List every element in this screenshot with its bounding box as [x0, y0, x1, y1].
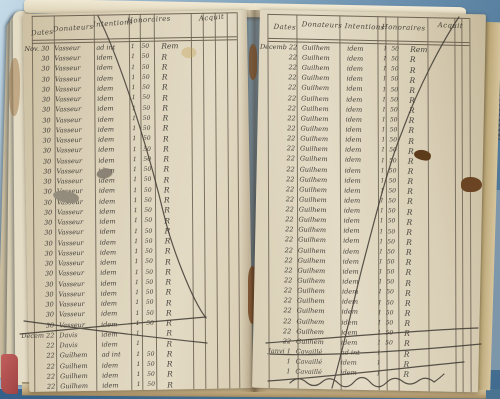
cell-acquit: R — [400, 117, 430, 125]
column-header-acquit: Acquit — [438, 21, 464, 30]
cell-donor — [293, 382, 336, 383]
cell-donor: Vasseur — [52, 45, 92, 52]
cell-fee-francs: 1 — [133, 372, 144, 378]
cell-donor: Vasseur — [55, 178, 95, 185]
cell-acquit: R — [397, 218, 427, 226]
cell-fee-francs: 1 — [380, 87, 388, 93]
cell-date: 30 — [34, 281, 56, 288]
cell-intention: idem — [338, 299, 376, 306]
cell-fee-cents: 50 — [141, 218, 155, 224]
cell-acquit: R — [157, 309, 194, 317]
cell-fee-cents: 50 — [138, 54, 152, 60]
cell-acquit: R — [401, 56, 431, 64]
cell-intention: idem — [95, 188, 130, 195]
cell-fee-francs: 1 — [133, 382, 144, 388]
cell-intention: idem — [339, 238, 377, 245]
cell-date: 22 — [267, 236, 296, 243]
cell-acquit: R — [396, 289, 426, 297]
cell-date: 30 — [32, 168, 54, 175]
cell-donor: Vasseur — [54, 116, 94, 123]
cell-acquit: R — [155, 217, 192, 225]
cell-date: 22 — [269, 155, 298, 162]
cell-intention: idem — [342, 116, 380, 123]
cell-fee-cents: 50 — [388, 97, 400, 103]
cell-intention: idem — [97, 321, 132, 328]
cell-date: 22 — [269, 135, 298, 142]
cell-donor: Vasseur — [54, 127, 94, 134]
cell-date: 22 — [269, 125, 298, 132]
cell-fee-francs: 1 — [130, 177, 141, 183]
cell-intention: idem — [341, 126, 379, 133]
cell-donor: Vasseur — [57, 291, 97, 298]
cell-date: 1 — [265, 358, 294, 365]
cell-fee-francs: 1 — [131, 259, 142, 265]
cell-donor: Guilhem — [300, 44, 343, 51]
cell-intention: idem — [97, 290, 132, 297]
cell-fee-francs: 1 — [128, 65, 139, 71]
cell-fee-cents: 50 — [388, 77, 400, 83]
cell-acquit: R — [154, 155, 191, 163]
cell-donor: Vasseur — [54, 137, 94, 144]
cell-acquit: R — [156, 258, 193, 266]
cell-date: 22 — [266, 267, 295, 274]
cell-date: Nov. 30 — [30, 45, 52, 52]
cell-intention: idem — [94, 116, 129, 123]
cell-donor: Guilhem — [297, 186, 340, 193]
cell-fee-cents: 50 — [388, 117, 400, 123]
cell-fee-francs: 1 — [130, 229, 141, 235]
cell-fee-cents: 50 — [138, 44, 152, 50]
cell-fee-cents: 50 — [384, 269, 396, 275]
cell-acquit: Rem — [401, 46, 431, 54]
ledger-page-right: Dates Donateurs Intentions Honoraires Ac… — [252, 10, 486, 393]
cell-donor: Guilhem — [297, 176, 340, 183]
cell-intention: idem — [340, 177, 378, 184]
cell-date: Décemb 22 — [271, 44, 300, 51]
cell-fee-francs: 1 — [380, 117, 388, 123]
cell-acquit: R — [154, 124, 191, 132]
cell-donor: Vasseur — [53, 96, 93, 103]
cell-date: 22 — [268, 216, 297, 223]
cell-fee-cents: 50 — [143, 300, 157, 306]
cell-fee-francs: 1 — [377, 239, 385, 245]
cell-intention: idem — [338, 309, 376, 316]
cell-acquit: R — [395, 320, 425, 328]
cell-fee-francs: 1 — [378, 178, 386, 184]
cell-acquit: R — [396, 269, 426, 277]
cell-fee-francs: 1 — [375, 340, 383, 346]
cell-fee-francs: 1 — [128, 75, 139, 81]
cell-intention: idem — [338, 289, 376, 296]
cell-fee-francs: 1 — [132, 331, 143, 337]
cell-date: 22 — [36, 363, 58, 370]
cell-fee-francs: 1 — [129, 116, 140, 122]
cell-fee-francs: 1 — [379, 148, 387, 154]
cell-acquit: R — [399, 137, 429, 145]
cell-date: 30 — [33, 209, 55, 216]
cell-acquit: R — [396, 279, 426, 287]
cell-acquit: R — [155, 196, 192, 204]
cell-acquit: R — [395, 350, 425, 358]
cell-fee-francs: 1 — [378, 198, 386, 204]
cell-fee-francs: 1 — [376, 279, 384, 285]
cell-fee-francs: 1 — [128, 106, 139, 112]
cell-donor: Davis — [57, 332, 97, 339]
cell-fee-cents: 50 — [142, 269, 156, 275]
cell-acquit: R — [158, 350, 195, 358]
cell-fee-francs: 1 — [131, 270, 142, 276]
cell-fee-cents: 50 — [144, 382, 158, 388]
cell-donor: Vasseur — [54, 147, 94, 154]
cell-fee-cents: 50 — [383, 330, 395, 336]
cell-date: 22 — [267, 226, 296, 233]
cell-fee-francs: 1 — [376, 290, 384, 296]
cell-fee-francs: 1 — [377, 259, 385, 265]
cell-date: 22 — [270, 74, 299, 81]
cell-donor: Guilhem — [294, 318, 337, 325]
cell-intention: idem — [95, 198, 130, 205]
cell-donor: Guilhem — [299, 115, 342, 122]
cell-date: 22 — [268, 196, 297, 203]
cell-fee-francs: 1 — [379, 158, 387, 164]
cell-intention: idem — [343, 55, 381, 62]
cell-donor: Guilhem — [295, 267, 338, 274]
column-header-intentions: Intentions — [345, 22, 385, 32]
cell-acquit: R — [157, 319, 194, 327]
cell-date: 22 — [268, 176, 297, 183]
cell-fee-cents: 50 — [385, 249, 397, 255]
cell-acquit: R — [400, 107, 430, 115]
cell-date: 22 — [36, 373, 58, 380]
cell-fee-francs: 1 — [378, 208, 386, 214]
cell-fee-francs: 1 — [376, 300, 384, 306]
cell-intention: idem — [94, 157, 129, 164]
cell-date: 30 — [30, 56, 52, 63]
cell-fee-cents: 50 — [144, 351, 158, 357]
cell-fee-francs: 1 — [375, 320, 383, 326]
cell-acquit: R — [153, 73, 190, 81]
cell-date: 22 — [271, 64, 300, 71]
cell-date: 22 — [271, 54, 300, 61]
cell-donor: Guilhem — [58, 373, 98, 380]
cell-donor: Guilhem — [299, 105, 342, 112]
cell-fee-cents: 50 — [143, 290, 157, 296]
cell-fee-francs: 1 — [130, 208, 141, 214]
cell-donor: Guilhem — [296, 257, 339, 264]
cell-acquit: R — [154, 145, 191, 153]
cell-fee-francs: 1 — [381, 46, 389, 52]
cell-donor: Guilhem — [296, 237, 339, 244]
cell-donor: Vasseur — [56, 250, 96, 257]
cell-acquit: R — [396, 299, 426, 307]
cell-donor: Vasseur — [57, 301, 97, 308]
cell-intention: idem — [94, 147, 129, 154]
cell-date: 22 — [269, 165, 298, 172]
cell-acquit: R — [395, 360, 425, 368]
cell-intention: idem — [98, 382, 133, 389]
cell-donor: Vasseur — [56, 270, 96, 277]
cell-fee-francs: 1 — [127, 44, 138, 50]
edge-smudge-stain — [9, 58, 20, 116]
cell-donor: Cavaillé — [294, 348, 337, 355]
cell-acquit — [394, 384, 424, 385]
cell-fee-francs: 1 — [377, 249, 385, 255]
cell-date: 30 — [31, 107, 53, 114]
cell-acquit: R — [399, 127, 429, 135]
cell-date: 22 — [35, 343, 57, 350]
cell-fee-francs: 1 — [374, 371, 382, 377]
cell-intention: idem — [93, 75, 128, 82]
cell-intention: idem — [339, 248, 377, 255]
cell-fee-francs: 1 — [130, 198, 141, 204]
cell-fee-cents: 50 — [139, 75, 153, 81]
cell-intention: ad int — [337, 349, 375, 356]
cell-intention: idem — [94, 126, 129, 133]
cell-fee-cents: 50 — [144, 372, 158, 378]
cell-donor: Davis — [57, 342, 97, 349]
cell-fee-francs: 1 — [376, 310, 384, 316]
cell-donor: Guilhem — [298, 166, 341, 173]
cell-fee-francs: 1 — [380, 107, 388, 113]
column-header-donateurs: Donateurs — [302, 20, 343, 30]
cell-fee-francs: 1 — [380, 97, 388, 103]
cell-donor: Guilhem — [297, 207, 340, 214]
cell-fee-cents: 50 — [139, 85, 153, 91]
cell-acquit: R — [156, 278, 193, 286]
cell-date: 22 — [266, 307, 295, 314]
ledger-rows-left: Nov. 30Vasseurad int150Rem30Vasseuridem1… — [23, 40, 253, 392]
cell-fee-francs: 1 — [132, 311, 143, 317]
cell-acquit: R — [394, 370, 424, 378]
cell-intention: idem — [98, 362, 133, 369]
cell-fee-cents: 50 — [384, 310, 396, 316]
cell-fee-francs: 1 — [377, 229, 385, 235]
cell-intention: idem — [340, 207, 378, 214]
cell-donor: Vasseur — [56, 239, 96, 246]
cell-fee-francs: 1 — [379, 127, 387, 133]
cell-date: 22 — [267, 257, 296, 264]
cell-acquit: R — [157, 288, 194, 296]
cell-fee-cents: 50 — [142, 249, 156, 255]
cell-date: 22 — [265, 317, 294, 324]
cell-fee-francs: 1 — [132, 300, 143, 306]
cell-acquit: R — [400, 87, 430, 95]
cell-intention: idem — [97, 310, 132, 317]
cell-donor: Vasseur — [57, 311, 97, 318]
cell-donor: Guilhem — [298, 156, 341, 163]
cell-donor: Cavaillé — [294, 359, 337, 366]
cell-fee-francs: 1 — [375, 350, 383, 356]
cell-fee-francs: 1 — [130, 188, 141, 194]
cell-fee-cents: 50 — [388, 87, 400, 93]
cell-fee-cents: 50 — [389, 67, 401, 73]
cell-date: 22 — [267, 246, 296, 253]
cell-date: 30 — [31, 66, 53, 73]
cell-date: 30 — [35, 322, 57, 329]
cell-fee-francs: 1 — [375, 330, 383, 336]
cell-date: 22 — [270, 105, 299, 112]
cell-date: 22 — [266, 277, 295, 284]
cell-acquit: R — [156, 247, 193, 255]
cell-fee-cents: 50 — [140, 157, 154, 163]
cell-fee-francs: 1 — [129, 147, 140, 153]
cell-intention: idem — [340, 187, 378, 194]
cell-intention: idem — [339, 258, 377, 265]
cell-date: 22 — [36, 353, 58, 360]
cell-acquit: R — [395, 340, 425, 348]
cell-date: 30 — [34, 261, 56, 268]
cell-date: 22 — [269, 145, 298, 152]
cell-donor: Guilhem — [295, 288, 338, 295]
cell-fee-cents: 50 — [144, 362, 158, 368]
cell-intention: idem — [95, 218, 130, 225]
cell-acquit: R — [153, 104, 190, 112]
cell-fee-cents: 50 — [139, 105, 153, 111]
cell-fee-cents: 50 — [384, 300, 396, 306]
cell-intention: idem — [92, 54, 127, 61]
cell-date: 30 — [33, 230, 55, 237]
cell-date: 30 — [31, 97, 53, 104]
cell-intention: idem — [96, 239, 131, 246]
cell-fee-francs: 1 — [379, 138, 387, 144]
cell-donor: Vasseur — [54, 157, 94, 164]
ledger-page-left: Dates Donateurs Intentions Honoraires Ac… — [23, 10, 254, 392]
cell-intention: idem — [96, 249, 131, 256]
cell-donor: Guilhem — [58, 362, 98, 369]
cell-fee-francs: 1 — [132, 341, 143, 347]
cell-acquit: R — [398, 208, 428, 216]
cell-date: 30 — [35, 291, 57, 298]
cell-fee-cents: 50 — [384, 290, 396, 296]
cell-fee-cents: 50 — [385, 239, 397, 245]
cell-fee-francs: 1 — [133, 352, 144, 358]
cell-fee-francs: 1 — [129, 157, 140, 163]
cell-date: 22 — [266, 287, 295, 294]
cell-date: 30 — [31, 76, 53, 83]
photo-of-open-ledger-book: Dates Donateurs Intentions Honoraires Ac… — [0, 0, 500, 399]
cell-donor: Guilhem — [294, 328, 337, 335]
cell-acquit: R — [158, 370, 195, 378]
cell-donor: Vasseur — [56, 260, 96, 267]
cell-donor: Vasseur — [52, 55, 92, 62]
cell-fee-francs: 1 — [378, 219, 386, 225]
cell-fee-francs: 1 — [132, 321, 143, 327]
cell-fee-francs: 1 — [130, 218, 141, 224]
cell-intention: idem — [96, 259, 131, 266]
cell-intention: idem — [97, 331, 132, 338]
cell-acquit: R — [401, 66, 431, 74]
cell-acquit: R — [153, 114, 190, 122]
cell-acquit: R — [153, 63, 190, 71]
cell-donor: Guilhem — [295, 298, 338, 305]
cell-date: 30 — [31, 86, 53, 93]
cell-fee-francs: 1 — [128, 95, 139, 101]
cell-fee-francs: 1 — [381, 67, 389, 73]
cell-intention: idem — [96, 270, 131, 277]
cell-date: 30 — [32, 127, 54, 134]
cell-fee-cents: 50 — [387, 158, 399, 164]
cell-date: 22 — [266, 297, 295, 304]
cell-donor: Guilhem — [297, 196, 340, 203]
cell-intention: idem — [337, 360, 375, 367]
cell-fee-cents: 50 — [139, 64, 153, 70]
cell-acquit: R — [157, 329, 194, 337]
cell-donor: Guilhem — [294, 338, 337, 345]
cell-fee-cents: 50 — [386, 209, 398, 215]
cell-date: 30 — [35, 312, 57, 319]
cell-intention: idem — [97, 300, 132, 307]
cell-intention: idem — [343, 45, 381, 52]
cell-fee-francs: 1 — [376, 269, 384, 275]
red-cover-corner — [1, 354, 18, 394]
cell-fee-cents: 50 — [143, 310, 157, 316]
cell-intention: idem — [341, 136, 379, 143]
cell-date: Décem 22 — [35, 332, 57, 339]
cell-fee-cents: 50 — [384, 280, 396, 286]
cell-intention: idem — [342, 86, 380, 93]
cell-date: 30 — [33, 220, 55, 227]
cell-intention: idem — [337, 339, 375, 346]
cell-fee-cents: 50 — [386, 219, 398, 225]
column-header-dates: Dates — [31, 28, 54, 38]
cell-intention: idem — [336, 370, 374, 377]
cell-intention: idem — [342, 96, 380, 103]
cell-acquit: R — [397, 239, 427, 247]
cell-intention: idem — [337, 329, 375, 336]
cell-fee-cents: 50 — [387, 138, 399, 144]
cell-donor: Vasseur — [53, 86, 93, 93]
cell-fee-cents: 50 — [142, 280, 156, 286]
cell-date: 30 — [33, 179, 55, 186]
cell-fee-cents: 50 — [385, 229, 397, 235]
cell-fee-cents: 50 — [142, 239, 156, 245]
cell-acquit: R — [155, 206, 192, 214]
cell-donor: Vasseur — [56, 280, 96, 287]
cell-acquit: R — [398, 188, 428, 196]
cell-intention: idem — [341, 147, 379, 154]
cell-date: 22 — [265, 328, 294, 335]
cell-donor: Guilhem — [296, 247, 339, 254]
cell-fee-francs: 1 — [380, 77, 388, 83]
cell-fee-cents: 50 — [141, 198, 155, 204]
cell-date: 22 — [265, 338, 294, 345]
cell-fee-cents: 50 — [143, 321, 157, 327]
cell-fee-cents: 50 — [140, 146, 154, 152]
cell-fee-cents: 50 — [386, 199, 398, 205]
cell-acquit: R — [397, 228, 427, 236]
cell-fee-francs: 1 — [381, 56, 389, 62]
cell-date: Janvi 1 — [265, 348, 294, 355]
cell-acquit: R — [155, 176, 192, 184]
cell-intention: idem — [93, 95, 128, 102]
cell-fee-francs: 1 — [379, 168, 387, 174]
cell-intention: idem — [96, 280, 131, 287]
cell-acquit: R — [156, 268, 193, 276]
cell-intention: idem — [95, 208, 130, 215]
cell-donor: Guilhem — [299, 85, 342, 92]
cell-donor: Vasseur — [55, 229, 95, 236]
cell-donor: Guilhem — [299, 95, 342, 102]
ledger-rows-right: Décemb 22Guilhemidem150Rem22Guilhemidem1… — [252, 42, 485, 391]
cell-donor: Vasseur — [57, 321, 97, 328]
column-header-honoraires: Honoraires — [381, 23, 425, 33]
cell-intention: idem — [339, 228, 377, 235]
cell-fee-cents: 50 — [386, 178, 398, 184]
cell-donor: Guilhem — [295, 278, 338, 285]
cell-acquit: R — [396, 310, 426, 318]
cell-date: 1 — [264, 368, 293, 375]
cell-date — [264, 382, 293, 383]
